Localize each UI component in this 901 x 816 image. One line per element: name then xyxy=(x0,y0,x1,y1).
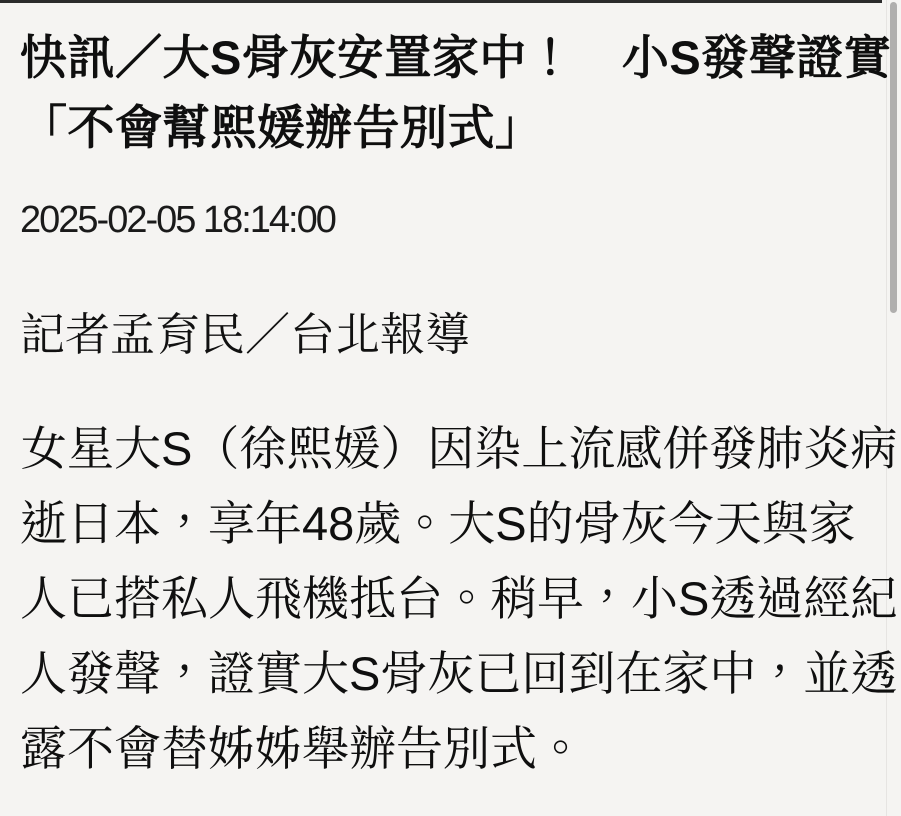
reporter-byline: 記者孟育民／台北報導 xyxy=(20,298,470,363)
top-divider-line xyxy=(0,0,882,3)
article-headline: 快訊／大S骨灰安置家中！ 小S發聲證實 「不會幫熙媛辦告別式」 xyxy=(20,23,880,163)
headline-line-1: 快訊／大S骨灰安置家中！ 小S發聲證實 xyxy=(20,23,880,93)
article-body-line: 露不會替姊姊舉辦告別式。 xyxy=(20,711,895,786)
article-body-line: 逝日本，享年48歲。大S的骨灰今天與家 xyxy=(20,486,895,561)
article-body: 女星大S（徐熙媛）因染上流感併發肺炎病 逝日本，享年48歲。大S的骨灰今天與家 … xyxy=(20,411,895,786)
publish-datetime: 2025-02-05 18:14:00 xyxy=(20,199,335,242)
scrollbar-thumb[interactable] xyxy=(890,2,897,313)
news-article-page: 快訊／大S骨灰安置家中！ 小S發聲證實 「不會幫熙媛辦告別式」 2025-02-… xyxy=(0,0,901,816)
article-body-line: 人已搭私人飛機抵台。稍早，小S透過經紀 xyxy=(20,561,895,636)
article-body-line: 人發聲，證實大S骨灰已回到在家中，並透 xyxy=(20,636,895,711)
headline-line-2: 「不會幫熙媛辦告別式」 xyxy=(20,93,880,163)
article-body-line: 女星大S（徐熙媛）因染上流感併發肺炎病 xyxy=(20,411,895,486)
